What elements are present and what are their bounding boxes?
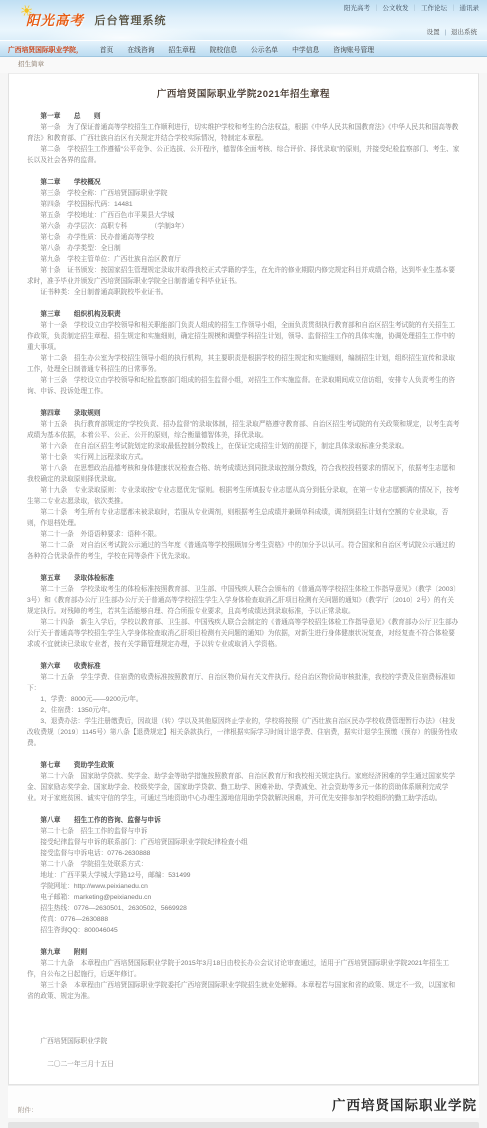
document-paragraph: 第九章 附则: [27, 947, 460, 958]
nav-item[interactable]: 招生章程: [162, 44, 203, 54]
document-paragraph: 第八条 办学类型：全日制: [27, 243, 460, 254]
document-paragraph: 第五章 录取体检标准: [27, 573, 460, 584]
document-paragraph: 接受监督与申诉电话：0776-2630888: [27, 848, 460, 859]
logo-row: ☀ 阳光高考 后台管理系统: [26, 9, 166, 30]
signature-school: 广西培贤国际职业学院: [27, 1036, 460, 1047]
document-paragraph: 电子邮箱：marketing@peixianedu.cn: [27, 892, 460, 903]
document-paragraph: 第二十九条 本章程由广西培贤国际职业学院于2015年3月18日由校长办公会议讨论…: [27, 958, 460, 980]
document-paragraph: 传真：0776—2630888: [27, 914, 460, 925]
nav-item[interactable]: 在线咨询: [120, 44, 161, 54]
attachment-label: 附件：: [18, 1105, 38, 1114]
document-paragraph: 第十六条 在自治区招生考试院划定的录取最低控制分数线上，在保证完成招生计划的前提…: [27, 441, 460, 452]
document-body: 第一章 总 则第一条 为了保证普通高等学校招生工作顺利进行，切实维护学校和考生的…: [27, 111, 460, 1002]
document-paragraph: 第十二条 招生办公室为学校招生领导小组的执行机构，其主要职责是根据学校的招生规定…: [27, 353, 460, 375]
document-paragraph: 第五条 学校地址：广西百色市平果县大学城: [27, 210, 460, 221]
document-paragraph: 第十五条 执行教育部规定的“学校负责、招办监督”的录取体制，招生录取严格遵守教育…: [27, 419, 460, 441]
document-paragraph: 第九条 学校主管单位：广西壮族自治区教育厅: [27, 254, 460, 265]
topbar-link[interactable]: 通讯录: [447, 5, 479, 12]
nav-item[interactable]: 中学信息: [285, 44, 326, 54]
document-paragraph: 第一条 为了保证普通高等学校招生工作顺利进行，切实维护学校和考生的合法权益，根据…: [27, 122, 460, 144]
document-paragraph: 第二十二条 对自治区考试院公示通过的当年度《普通高等学校照顾加分考生资格》中的加…: [27, 540, 460, 562]
topbar-link[interactable]: 公文收发: [370, 5, 409, 12]
document-paragraph: 第二十七条 招生工作的监督与申诉: [27, 826, 460, 837]
nav-item[interactable]: 首页: [93, 44, 121, 54]
settings-row: 设置 | 退出系统: [427, 27, 477, 36]
nav-items: 首页在线咨询招生章程院校信息公示名单中学信息咨询账号管理: [93, 44, 381, 54]
document-paragraph: 3、退费办法：学生注册缴费后，因故退（转）学以及其他原因终止学业的，学校将按照《…: [27, 716, 460, 749]
nav-item[interactable]: 咨询账号管理: [326, 44, 381, 54]
document-paragraph: 地址：广西平果大学城大学路12号，邮编：531499: [27, 870, 460, 881]
document-paragraph: 第七条 办学性质：民办普通高等学校: [27, 232, 460, 243]
breadcrumb-bar: 招生简章: [0, 57, 487, 73]
document-paragraph: 第二十五条 学生学费、住宿费的收费标准按照教育厅、自治区物价局有关文件执行。经自…: [27, 672, 460, 694]
document-paragraph: 第三章 组织机构及职责: [27, 309, 460, 320]
document-paragraph: 第七章 资助学生政策: [27, 760, 460, 771]
document-paragraph: 第六条 办学层次：高职专科 （学制3年）: [27, 221, 460, 232]
settings-link[interactable]: 设置: [427, 29, 440, 36]
separator: |: [444, 29, 446, 36]
app-title: 后台管理系统: [94, 15, 166, 27]
document-paragraph: 第八章 招生工作的咨询、监督与申诉: [27, 815, 460, 826]
document-paragraph: 第十三条 学校设立由学校领导和纪检监察部门组成的招生监督小组，对招生工作实施监督…: [27, 375, 460, 397]
breadcrumb: 招生简章: [18, 61, 44, 68]
page: { "topbar": { "links": ["阳光高考", "公文收发", …: [0, 0, 487, 1128]
document-paragraph: 第一章 总 则: [27, 111, 460, 122]
logout-link[interactable]: 退出系统: [451, 29, 477, 36]
document-paragraph: 第二十一条 外语语种要求：语种不限。: [27, 529, 460, 540]
document-paragraph: 招生热线：0776—2630501、2630502、5669928: [27, 903, 460, 914]
document-paragraph: 第十七条 实行网上远程录取方式。: [27, 452, 460, 463]
document-paragraph: 接受纪律监督与申诉的联系部门：广西培贤国际职业学院纪律检查小组: [27, 837, 460, 848]
document-paragraph: 第二章 学校概况: [27, 177, 460, 188]
document-paragraph: 第十一条 学校设立由学校领导和相关职能部门负责人组成的招生工作领导小组，全面负责…: [27, 320, 460, 353]
document-paragraph: 学院网址：http://www.peixianedu.cn: [27, 881, 460, 892]
document-paragraph: 第三十条 本章程由广西培贤国际职业学院委托广西培贤国际职业学院招生就业处解释。本…: [27, 980, 460, 1002]
document-paragraph: 招生咨询QQ：800046045: [27, 925, 460, 936]
page-title: 广西培贤国际职业学院2021年招生章程: [27, 86, 460, 100]
document-paragraph: 1、学费：8000元——9200元/年。: [27, 694, 460, 705]
document-paragraph: 第三条 学校全称：广西培贤国际职业学院: [27, 188, 460, 199]
nav-item[interactable]: 院校信息: [203, 44, 244, 54]
document-paragraph: 第二条 学校招生工作遵循“公平竞争、公正选拔、公开程序，德智体全面考核、综合评价…: [27, 144, 460, 166]
document-paragraph: 第四条 学校国标代码：14481: [27, 199, 460, 210]
document-paragraph: 第十八条 在思想政治品德考核和身体健康状况检查合格、统考成绩达到同批录取控制分数…: [27, 463, 460, 485]
nav-item[interactable]: 公示名单: [244, 44, 285, 54]
document-paragraph: 第四章 录取规则: [27, 408, 460, 419]
signature-date: 二〇二一年三月十五日: [27, 1059, 460, 1070]
document-paragraph: 第十九条 专业录取原则：专业录取按“专业志愿优先”原则。根据考生所填报专业志愿从…: [27, 485, 460, 507]
document-paragraph: 第二十四条 新生入学后，学校以教育部、卫生部、中国残疾人联合会制定的《普通高等学…: [27, 617, 460, 650]
document-paragraph: 第二十八条 学院招生处联系方式：: [27, 859, 460, 870]
document-paragraph: 第十条 证书颁发：按国家招生管理规定录取并取得我校正式学籍的学生，在允许的修业期…: [27, 265, 460, 287]
app-header: 阳光高考公文收发工作论坛通讯录 ☀ 阳光高考 后台管理系统 设置 | 退出系统: [0, 0, 487, 40]
topbar-link[interactable]: 阳光高考: [344, 5, 370, 12]
document-paragraph: 2、住宿费：1350元/年。: [27, 705, 460, 716]
topbar-link[interactable]: 工作论坛: [409, 5, 448, 12]
document-paragraph: 第二十条 考生所有专业志愿都未被录取时，若服从专业调剂，则根据考生总成绩并兼顾单…: [27, 507, 460, 529]
footer-school-name: 广西培贤国际职业学院: [332, 1094, 477, 1114]
bottom-strip: [8, 1122, 479, 1128]
document-paragraph: 证书种类：全日制普通高职院校毕业证书。: [27, 287, 460, 298]
topbar-links: 阳光高考公文收发工作论坛通讯录: [344, 3, 479, 12]
nav-school-name[interactable]: 广西培贤国际职业学院，: [8, 44, 83, 54]
footer-row: 附件： 广西培贤国际职业学院: [8, 1085, 479, 1118]
document-paragraph: 第二十六条 国家助学贷款、奖学金、助学金等助学措施按照教育部、自治区教育厅和我校…: [27, 771, 460, 804]
content-card: 广西培贤国际职业学院2021年招生章程 第一章 总 则第一条 为了保证普通高等学…: [8, 73, 479, 1085]
main-nav: 广西培贤国际职业学院， 首页在线咨询招生章程院校信息公示名单中学信息咨询账号管理: [0, 40, 487, 57]
document-paragraph: 第六章 收费标准: [27, 661, 460, 672]
document-paragraph: 第二十三条 学校录取考生的体检标准按照教育部、卫生部、中国残疾人联合会颁布的《普…: [27, 584, 460, 617]
